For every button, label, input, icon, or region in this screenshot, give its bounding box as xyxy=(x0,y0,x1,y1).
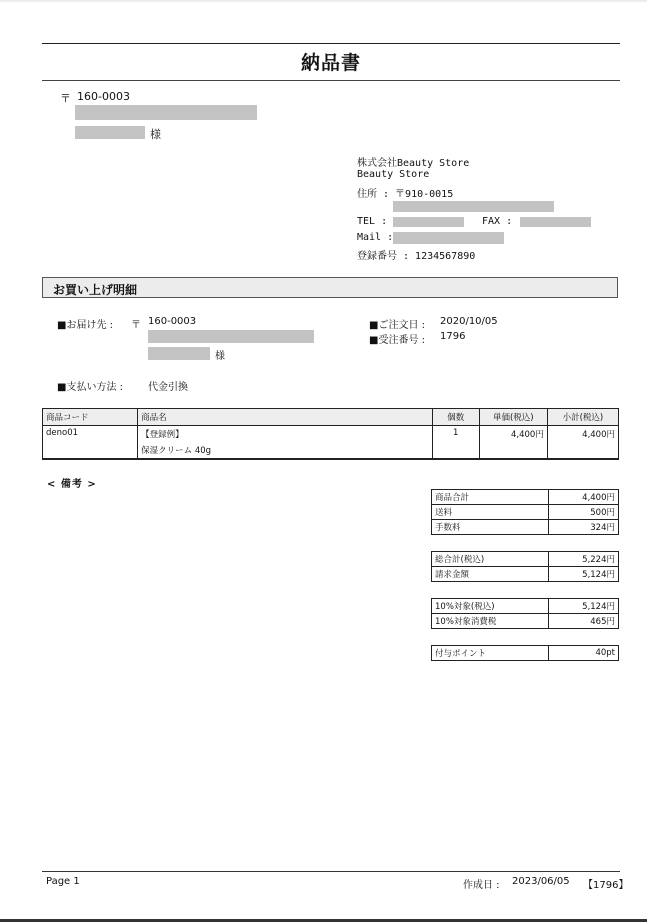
top-rule xyxy=(42,43,620,44)
summary-label: 送料 xyxy=(432,505,549,520)
col-product-code: 商品コード xyxy=(43,409,138,426)
summary-value: 324円 xyxy=(549,520,619,535)
recipient-postal-code: 160-0003 xyxy=(77,90,130,103)
summary-value: 500円 xyxy=(549,505,619,520)
summary-value: 465円 xyxy=(549,614,619,629)
summary-value: 4,400円 xyxy=(549,490,619,505)
payment-value: 代金引換 xyxy=(148,378,188,393)
delivery-postal-code: 160-0003 xyxy=(148,316,196,327)
summary-value: 40pt xyxy=(549,646,619,661)
sender-fax-label: FAX : xyxy=(482,216,512,227)
sender-store: Beauty Store xyxy=(357,169,429,180)
purchase-details-header: お買い上げ明細 xyxy=(42,277,618,298)
items-table: 商品コード 商品名 個数 単価(税込) 小計(税込) deno01 【登録例】 … xyxy=(42,408,619,460)
created-date: 2023/06/05 xyxy=(512,876,570,887)
col-subtotal: 小計(税込) xyxy=(547,409,618,426)
summary-row: 手数料324円 xyxy=(432,520,619,535)
delivery-postal-mark: 〒 xyxy=(131,316,141,331)
summary-label: 10%対象消費税 xyxy=(432,614,549,629)
sender-fax-redacted xyxy=(520,217,591,227)
col-product-name: 商品名 xyxy=(138,409,433,426)
summary-tax: 10%対象(税込)5,124円 10%対象消費税465円 xyxy=(431,598,619,629)
document-title: 納品書 xyxy=(42,48,620,75)
delivery-honorific: 様 xyxy=(215,347,225,362)
recipient-postal-mark: 〒 xyxy=(60,90,71,106)
summary-row: 総合計(税込)5,224円 xyxy=(432,552,619,567)
order-date-value: 2020/10/05 xyxy=(440,316,498,327)
summary-points: 付与ポイント40pt xyxy=(431,645,619,661)
order-number-value: 1796 xyxy=(440,331,465,342)
sender-address-redacted xyxy=(393,201,554,212)
delivery-address-redacted xyxy=(148,330,314,343)
title-rule xyxy=(42,80,620,81)
order-date-label: ■ご注文日 : xyxy=(369,316,425,331)
col-quantity: 個数 xyxy=(432,409,479,426)
summary-value: 5,124円 xyxy=(549,599,619,614)
item-name-line1: 【登録例】 xyxy=(141,428,429,440)
summary-totals: 総合計(税込)5,224円 請求金額5,124円 xyxy=(431,551,619,582)
order-number-label: ■受注番号 : xyxy=(369,331,425,346)
page-number: Page 1 xyxy=(46,876,80,887)
order-reference: 【1796】 xyxy=(583,876,628,891)
page-top-shade xyxy=(0,0,647,3)
summary-value: 5,224円 xyxy=(549,552,619,567)
summary-label: 商品合計 xyxy=(432,490,549,505)
summary-row: 商品合計4,400円 xyxy=(432,490,619,505)
recipient-honorific: 様 xyxy=(150,126,161,142)
summary-value: 5,124円 xyxy=(549,567,619,582)
recipient-address-redacted xyxy=(75,105,257,120)
item-subtotal: 4,400円 xyxy=(547,426,618,460)
summary-row: 10%対象消費税465円 xyxy=(432,614,619,629)
remarks-label: < 備考 > xyxy=(47,475,97,490)
delivery-label: ■お届け先 : xyxy=(57,316,113,331)
purchase-details-title: お買い上げ明細 xyxy=(53,281,137,298)
sender-registration: 登録番号 : 1234567890 xyxy=(357,247,475,262)
summary-subtotals: 商品合計4,400円 送料500円 手数料324円 xyxy=(431,489,619,535)
item-code: deno01 xyxy=(43,426,138,460)
sender-address: 住所 : 〒910-0015 xyxy=(357,185,453,200)
sender-tel-redacted xyxy=(393,217,464,227)
summary-label: 請求金額 xyxy=(432,567,549,582)
recipient-name-redacted xyxy=(75,126,145,139)
sender-tel-label: TEL : xyxy=(357,216,387,227)
delivery-name-redacted xyxy=(148,347,210,360)
item-quantity: 1 xyxy=(432,426,479,460)
col-unit-price: 単価(税込) xyxy=(479,409,547,426)
summary-row: 付与ポイント40pt xyxy=(432,646,619,661)
item-name-line2: 保湿クリーム 40g xyxy=(141,444,429,456)
summary-row: 送料500円 xyxy=(432,505,619,520)
summary-row: 請求金額5,124円 xyxy=(432,567,619,582)
sender-mail-label: Mail : xyxy=(357,232,393,243)
summary-label: 付与ポイント xyxy=(432,646,549,661)
items-table-header: 商品コード 商品名 個数 単価(税込) 小計(税込) xyxy=(43,409,619,426)
sender-company: 株式会社Beauty Store xyxy=(357,154,469,169)
item-name: 【登録例】 保湿クリーム 40g xyxy=(138,426,433,460)
payment-label: ■支払い方法 : xyxy=(57,378,123,393)
created-label: 作成日 : xyxy=(463,876,500,891)
summary-label: 10%対象(税込) xyxy=(432,599,549,614)
table-row: deno01 【登録例】 保湿クリーム 40g 1 4,400円 4,400円 xyxy=(43,426,619,460)
item-unit-price: 4,400円 xyxy=(479,426,547,460)
summary-label: 総合計(税込) xyxy=(432,552,549,567)
summary-row: 10%対象(税込)5,124円 xyxy=(432,599,619,614)
sender-mail-redacted xyxy=(393,232,504,244)
footer-rule xyxy=(42,871,620,872)
summary-label: 手数料 xyxy=(432,520,549,535)
